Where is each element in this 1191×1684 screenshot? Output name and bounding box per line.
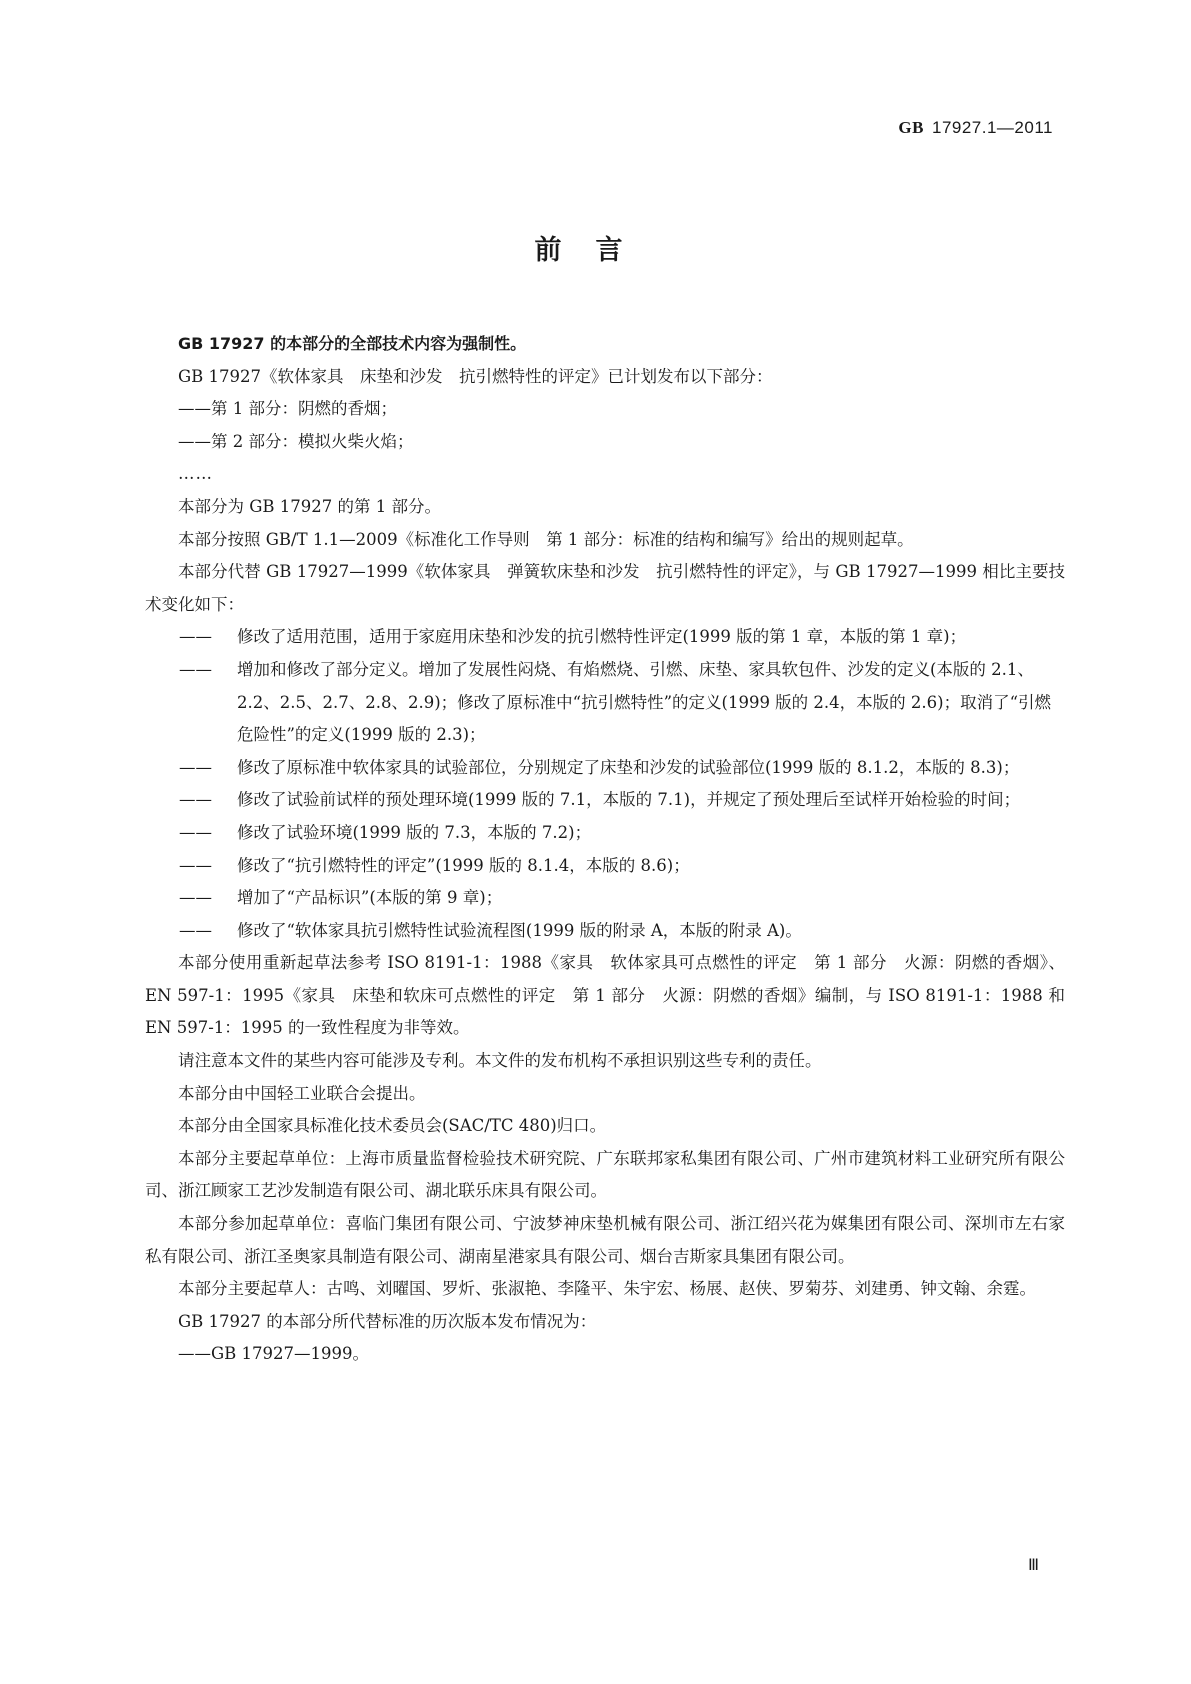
mandatory-statement: GB 17927 的本部分的全部技术内容为强制性。 xyxy=(145,328,1065,361)
change-item: ——增加和修改了部分定义。增加了发展性闷烧、有焰燃烧、引燃、床垫、家具软包件、沙… xyxy=(145,654,1065,752)
change-item: ——修改了适用范围，适用于家庭用床垫和沙发的抗引燃特性评定(1999 版的第 1… xyxy=(145,621,1065,654)
change-item: ——增加了“产品标识”(本版的第 9 章)； xyxy=(145,882,1065,915)
standard-code-header: GB17927.1—2011 xyxy=(898,118,1053,138)
reference-statement: 本部分使用重新起草法参考 ISO 8191-1：1988《家具 软体家具可点燃性… xyxy=(145,947,1065,1045)
patent-notice: 请注意本文件的某些内容可能涉及专利。本文件的发布机构不承担识别这些专利的责任。 xyxy=(145,1045,1065,1078)
standard-number: 17927.1—2011 xyxy=(932,118,1053,137)
foreword-body: GB 17927 的本部分的全部技术内容为强制性。 GB 17927《软体家具 … xyxy=(145,328,1065,1371)
standard-prefix: GB xyxy=(898,118,924,137)
replaces-statement: 本部分代替 GB 17927—1999《软体家具 弹簧软床垫和沙发 抗引燃特性的… xyxy=(145,556,1065,621)
managed-by: 本部分由全国家具标准化技术委员会(SAC/TC 480)归口。 xyxy=(145,1110,1065,1143)
change-item: ——修改了试验前试样的预处理环境(1999 版的 7.1，本版的 7.1)，并规… xyxy=(145,784,1065,817)
change-item: ——修改了“软体家具抗引燃特性试验流程图(1999 版的附录 A，本版的附录 A… xyxy=(145,915,1065,948)
main-drafting-units: 本部分主要起草单位：上海市质量监督检验技术研究院、广东联邦家私集团有限公司、广州… xyxy=(145,1143,1065,1208)
page-number: Ⅲ xyxy=(1028,1555,1039,1575)
history-item: ——GB 17927—1999。 xyxy=(145,1338,1065,1371)
proposed-by: 本部分由中国轻工业联合会提出。 xyxy=(145,1078,1065,1111)
participating-units: 本部分参加起草单位：喜临门集团有限公司、宁波梦神床垫机械有限公司、浙江绍兴花为媒… xyxy=(145,1208,1065,1273)
history-intro: GB 17927 的本部分所代替标准的历次版本发布情况为： xyxy=(145,1306,1065,1339)
changes-list: ——修改了适用范围，适用于家庭用床垫和沙发的抗引燃特性评定(1999 版的第 1… xyxy=(145,621,1065,947)
main-drafters: 本部分主要起草人：古鸣、刘曜国、罗炘、张淑艳、李隆平、朱宇宏、杨展、赵侠、罗菊芬… xyxy=(145,1273,1065,1306)
change-item: ——修改了原标准中软体家具的试验部位，分别规定了床垫和沙发的试验部位(1999 … xyxy=(145,752,1065,785)
parts-intro: GB 17927《软体家具 床垫和沙发 抗引燃特性的评定》已计划发布以下部分： xyxy=(145,361,1065,394)
part-list-item: ——第 2 部分：模拟火柴火焰； xyxy=(145,426,1065,459)
this-part-statement: 本部分为 GB 17927 的第 1 部分。 xyxy=(145,491,1065,524)
drafting-rules: 本部分按照 GB/T 1.1—2009《标准化工作导则 第 1 部分：标准的结构… xyxy=(145,524,1065,557)
ellipsis: …… xyxy=(145,458,1065,491)
change-item: ——修改了“抗引燃特性的评定”(1999 版的 8.1.4，本版的 8.6)； xyxy=(145,850,1065,883)
change-item: ——修改了试验环境(1999 版的 7.3，本版的 7.2)； xyxy=(145,817,1065,850)
part-list-item: ——第 1 部分：阴燃的香烟； xyxy=(145,393,1065,426)
page-title: 前言 xyxy=(0,228,1191,267)
